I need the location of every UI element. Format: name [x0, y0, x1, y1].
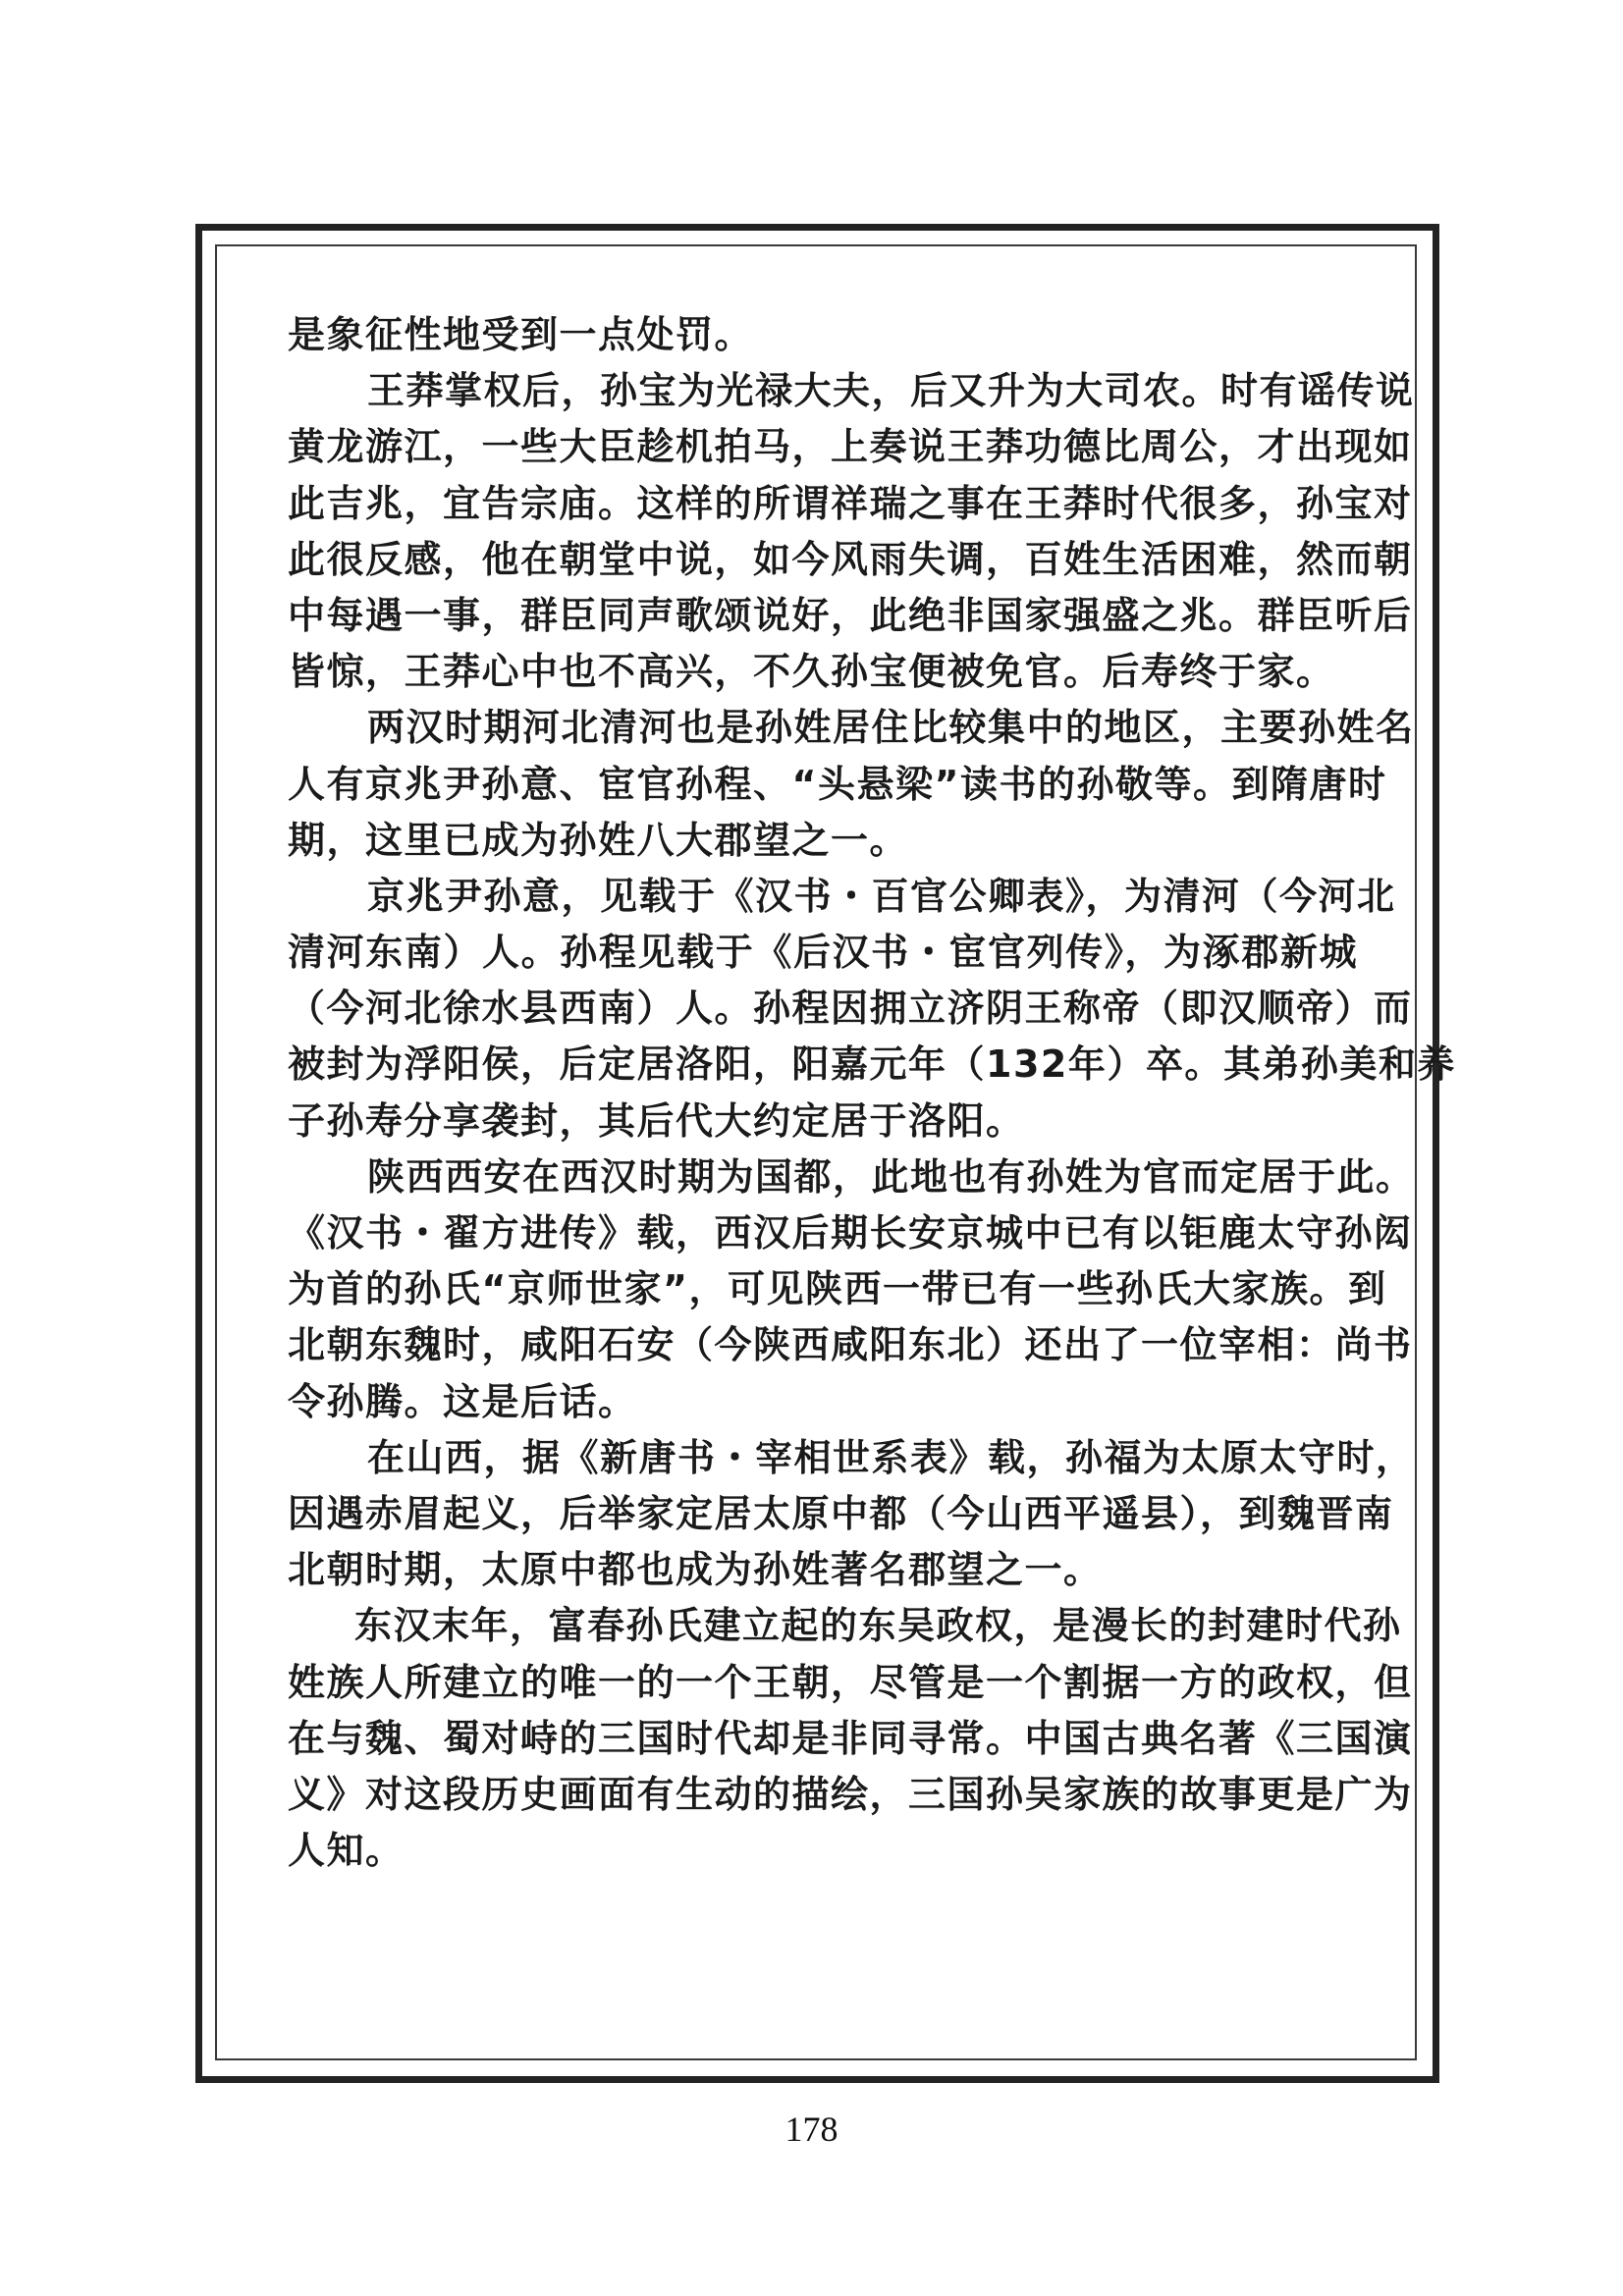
- text-line: 在山西，据《新唐书・宰相世系表》载，孙福为太原太守时，: [288, 1430, 1358, 1486]
- text-line: 中每遇一事，群臣同声歌颂说好，此绝非国家强盛之兆。群臣听后: [288, 588, 1358, 644]
- text-line: 在与魏、蜀对峙的三国时代却是非同寻常。中国古典名著《三国演: [288, 1711, 1358, 1767]
- text-line: 人知。: [288, 1823, 1358, 1879]
- page-number: 178: [0, 2109, 1623, 2150]
- text-line: 北朝东魏时，咸阳石安（今陕西咸阳东北）还出了一位宰相：尚书: [288, 1317, 1358, 1373]
- text-line: 义》对这段历史画面有生动的描绘，三国孙吴家族的故事更是广为: [288, 1767, 1358, 1823]
- text-line: 期，这里已成为孙姓八大郡望之一。: [288, 813, 1358, 869]
- page-body-text: 是象征性地受到一点处罚。 王莽掌权后，孙宝为光禄大夫，后又升为大司农。时有谣传说…: [288, 307, 1358, 1879]
- text-line: 此吉兆，宜告宗庙。这样的所谓祥瑞之事在王莽时代很多，孙宝对: [288, 476, 1358, 532]
- text-line: 黄龙游江，一些大臣趁机拍马，上奏说王莽功德比周公，才出现如: [288, 419, 1358, 475]
- text-line: 东汉末年，富春孙氏建立起的东吴政权，是漫长的封建时代孙: [288, 1598, 1358, 1654]
- text-line: 京兆尹孙意，见载于《汉书・百官公卿表》，为清河（今河北: [288, 869, 1358, 925]
- text-line: 两汉时期河北清河也是孙姓居住比较集中的地区，主要孙姓名: [288, 700, 1358, 756]
- text-line: 王莽掌权后，孙宝为光禄大夫，后又升为大司农。时有谣传说: [288, 363, 1358, 419]
- text-line: 令孙腾。这是后话。: [288, 1374, 1358, 1430]
- text-line: 为首的孙氏“京师世家”，可见陕西一带已有一些孙氏大家族。到: [288, 1261, 1358, 1317]
- text-line: 人有京兆尹孙意、宦官孙程、“头悬梁”读书的孙敬等。到隋唐时: [288, 757, 1358, 813]
- text-line: 子孙寿分享袭封，其后代大约定居于洛阳。: [288, 1094, 1358, 1149]
- text-line: 陕西西安在西汉时期为国都，此地也有孙姓为官而定居于此。: [288, 1149, 1358, 1205]
- text-line: （今河北徐水县西南）人。孙程因拥立济阴王称帝（即汉顺帝）而: [288, 981, 1358, 1037]
- text-line: 被封为浮阳侯，后定居洛阳，阳嘉元年（132年）卒。其弟孙美和养: [288, 1037, 1358, 1093]
- text-line: 姓族人所建立的唯一的一个王朝，尽管是一个割据一方的政权，但: [288, 1655, 1358, 1711]
- text-line: 皆惊，王莽心中也不高兴，不久孙宝便被免官。后寿终于家。: [288, 644, 1358, 700]
- text-line: 是象征性地受到一点处罚。: [288, 307, 1358, 363]
- text-line: 此很反感，他在朝堂中说，如今风雨失调，百姓生活困难，然而朝: [288, 532, 1358, 588]
- text-line: 清河东南）人。孙程见载于《后汉书・宦官列传》，为涿郡新城: [288, 925, 1358, 981]
- text-line: 北朝时期，太原中都也成为孙姓著名郡望之一。: [288, 1542, 1358, 1598]
- text-line: 《汉书・翟方进传》载，西汉后期长安京城中已有以钜鹿太守孙闳: [288, 1205, 1358, 1261]
- text-line: 因遇赤眉起义，后举家定居太原中都（今山西平遥县），到魏晋南: [288, 1486, 1358, 1542]
